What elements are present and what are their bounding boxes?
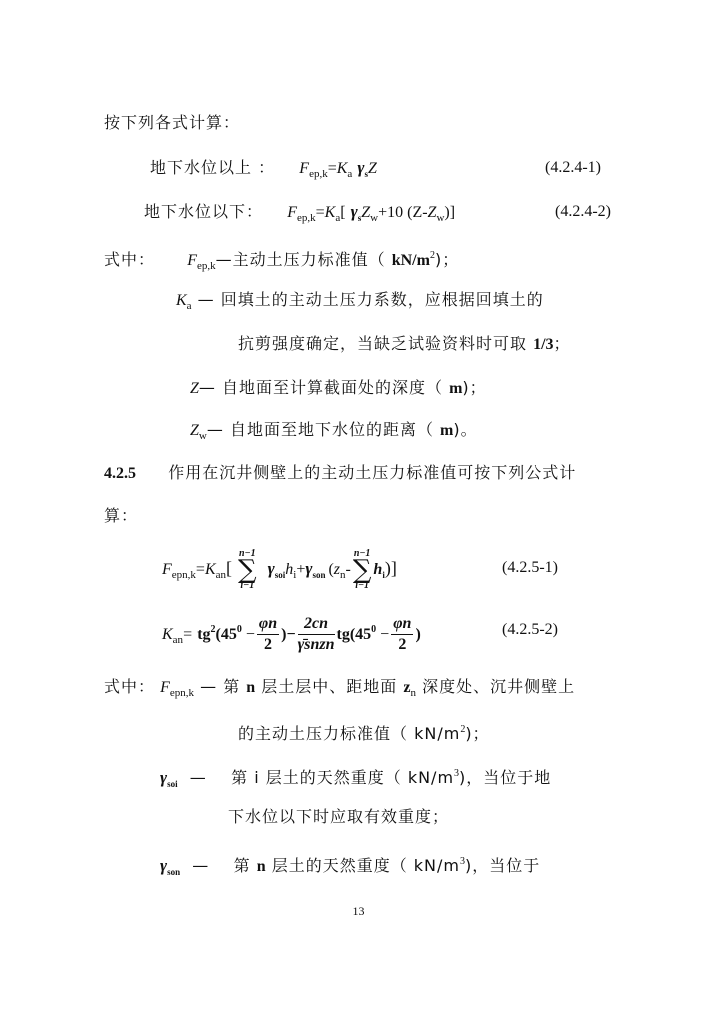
- symbol-z: z: [403, 679, 410, 696]
- equation-4-2-4-1: 地下水位以上 ： Fep,k=Ka γsZ: [150, 158, 377, 184]
- numerator: φn: [391, 614, 413, 635]
- symbol-Z: Z: [190, 422, 199, 439]
- definition-text: — 回填土的主动土压力系数，应根据回填土的: [192, 290, 544, 309]
- symbol-K: K: [337, 160, 348, 177]
- definition-text: 的主动土压力标准值（ kN/m: [238, 724, 460, 743]
- subscript: epn,k: [170, 687, 194, 699]
- subscript: soi: [275, 570, 286, 580]
- denominator: γ̄snzn: [298, 635, 335, 655]
- bracket: [: [340, 204, 345, 221]
- equals: =: [196, 561, 205, 578]
- symbol-Z: Z: [361, 204, 370, 221]
- definition-text: — 自地面至地下水位的距离（: [207, 420, 440, 439]
- symbol-K: K: [162, 626, 173, 643]
- tangent-function: tg: [197, 626, 210, 643]
- definition-text: 层土的天然重度（ kN/m: [266, 856, 460, 875]
- definition-text: )。: [453, 420, 477, 439]
- symbol-F: F: [299, 160, 309, 177]
- summation: n−1∑i−1: [238, 549, 257, 591]
- definition-gamma-soi: γsoi — 第 i 层土的天然重度（ kN/m3)，当位于地: [160, 764, 551, 794]
- symbol-K: K: [325, 204, 336, 221]
- subscript: ep,k: [297, 212, 316, 224]
- expression: +10 (Z-: [378, 204, 427, 221]
- definition-prefix: 式中：: [104, 677, 155, 696]
- symbol-n: n: [246, 679, 255, 696]
- eq-label: 地下水位以上 ：: [150, 158, 275, 177]
- definition-text: ；: [554, 334, 571, 353]
- subscript: son: [167, 867, 180, 877]
- symbol-h: h: [373, 561, 382, 578]
- symbol-F: F: [160, 679, 170, 696]
- definition-text: )；: [465, 724, 489, 743]
- symbol-gamma: γ: [351, 202, 358, 221]
- numerator: 2cn: [298, 614, 335, 635]
- subscript: w: [199, 430, 207, 442]
- definition-text: — 第: [180, 856, 257, 875]
- equation-number: (4.2.5-2): [502, 620, 558, 640]
- sum-lower-limit: i−1: [353, 581, 372, 591]
- equation-number: (4.2.4-2): [555, 202, 611, 222]
- symbol-Z: Z: [368, 160, 377, 177]
- definition-Z: Z— 自地面至计算截面处的深度（ m)；: [190, 378, 487, 399]
- equals: =: [183, 626, 192, 643]
- expression: )−: [281, 626, 295, 643]
- denominator: 2: [391, 635, 413, 655]
- definition-text: )，当位于: [465, 856, 540, 875]
- subscript: ep,k: [197, 260, 216, 272]
- subscript: an: [173, 634, 183, 646]
- equation-4-2-5-2: Kan= tg2(450 −φn2)−2cnγ̄snzntg(450 −φn2): [162, 608, 421, 652]
- symbol-Z: Z: [190, 380, 199, 397]
- equals: =: [328, 160, 337, 177]
- definition-text: — 第: [194, 677, 246, 696]
- fraction: φn2: [257, 614, 279, 655]
- definition-text: — 第 i 层土的天然重度（ kN/m: [178, 768, 454, 787]
- fraction: 2cnγ̄snzn: [298, 614, 335, 655]
- definition-text: )；: [462, 378, 486, 397]
- section-text: 作用在沉井侧壁上的主动土压力标准值可按下列公式计: [168, 463, 576, 482]
- equation-4-2-4-2: 地下水位以下： Fep,k=Ka[ γsZw+10 (Z-Zw)]: [144, 202, 455, 228]
- bracket: )]: [444, 204, 455, 221]
- definition-gamma-son: γson — 第 n 层土的天然重度（ kN/m3)，当位于: [160, 852, 540, 882]
- definition-Zw: Zw— 自地面至地下水位的距离（ m)。: [190, 420, 478, 446]
- definition-text: )，当位于地: [459, 768, 551, 787]
- section-4-2-5: 4.2.5 作用在沉井侧壁上的主动土压力标准值可按下列公式计: [104, 463, 576, 484]
- section-text-continued: 算：: [104, 506, 138, 526]
- subscript: soi: [167, 779, 178, 789]
- definition-Fepn: 式中： Fepn,k — 第 n 层土层中、距地面 zn 深度处、沉井侧壁上: [104, 677, 575, 703]
- equation-4-2-5-1: Fepn,k=Kan[n−1∑i−1 γsoihi+γson(zn-n−1∑i−…: [162, 546, 397, 590]
- bracket: )]: [385, 558, 397, 578]
- definition-text: 层土层中、距地面: [255, 677, 403, 696]
- symbol-n: n: [257, 858, 266, 875]
- page-number: 13: [0, 904, 717, 919]
- unit: m: [440, 422, 453, 439]
- definition-Fepn-continued: 的主动土压力标准值（ kN/m2)；: [238, 720, 490, 744]
- unit: kN/m: [392, 252, 430, 269]
- expression: (45: [216, 626, 237, 643]
- equation-number: (4.2.4-1): [545, 158, 601, 178]
- subscript: an: [216, 569, 226, 581]
- denominator: 2: [257, 635, 279, 655]
- symbol-K: K: [205, 561, 216, 578]
- definition-F: 式中： Fep,k—主动土压力标准值（ kN/m2)；: [104, 246, 459, 276]
- section-number: 4.2.5: [104, 465, 136, 482]
- intro-text: 按下列各式计算：: [104, 113, 240, 133]
- subscript: w: [370, 212, 378, 224]
- summation: n−1∑i−1: [353, 549, 372, 591]
- eq-label: 地下水位以下：: [144, 202, 263, 221]
- definition-gamma-soi-continued: 下水位以下时应取有效重度；: [228, 807, 449, 827]
- sigma-icon: ∑: [353, 559, 372, 581]
- definition-text: )；: [435, 250, 459, 269]
- symbol-gamma: γ: [268, 559, 275, 578]
- subscript: ep,k: [309, 168, 328, 180]
- minus: -: [346, 561, 351, 578]
- fraction: φn2: [391, 614, 413, 655]
- equation-number: (4.2.5-1): [502, 558, 558, 578]
- subscript: epn,k: [172, 569, 196, 581]
- plus: +: [296, 561, 305, 578]
- sum-lower-limit: i−1: [238, 581, 257, 591]
- sigma-icon: ∑: [238, 559, 257, 581]
- symbol-K: K: [176, 292, 187, 309]
- subscript: son: [312, 570, 325, 580]
- minus: −: [242, 626, 255, 643]
- symbol-F: F: [162, 561, 172, 578]
- definition-text: 深度处、沉井侧壁上: [416, 677, 575, 696]
- definition-Ka-continued: 抗剪强度确定，当缺乏试验资料时可取 1/3；: [238, 334, 571, 355]
- subscript: a: [347, 168, 352, 180]
- value: 1/3: [533, 336, 553, 353]
- numerator: φn: [257, 614, 279, 635]
- symbol-F: F: [187, 252, 197, 269]
- definition-Ka: Ka — 回填土的主动土压力系数，应根据回填土的: [176, 290, 544, 316]
- definition-text: —主动土压力标准值（: [216, 250, 392, 269]
- unit: m: [449, 380, 462, 397]
- equals: =: [316, 204, 325, 221]
- definition-prefix: 式中：: [104, 250, 155, 269]
- symbol-F: F: [287, 204, 297, 221]
- expression: ): [415, 626, 420, 643]
- definition-text: — 自地面至计算截面处的深度（: [199, 378, 449, 397]
- minus: −: [376, 626, 389, 643]
- definition-text: 抗剪强度确定，当缺乏试验资料时可取: [238, 334, 533, 353]
- bracket: [: [226, 558, 232, 578]
- expression: (45: [350, 626, 371, 643]
- tangent-function: tg: [337, 626, 350, 643]
